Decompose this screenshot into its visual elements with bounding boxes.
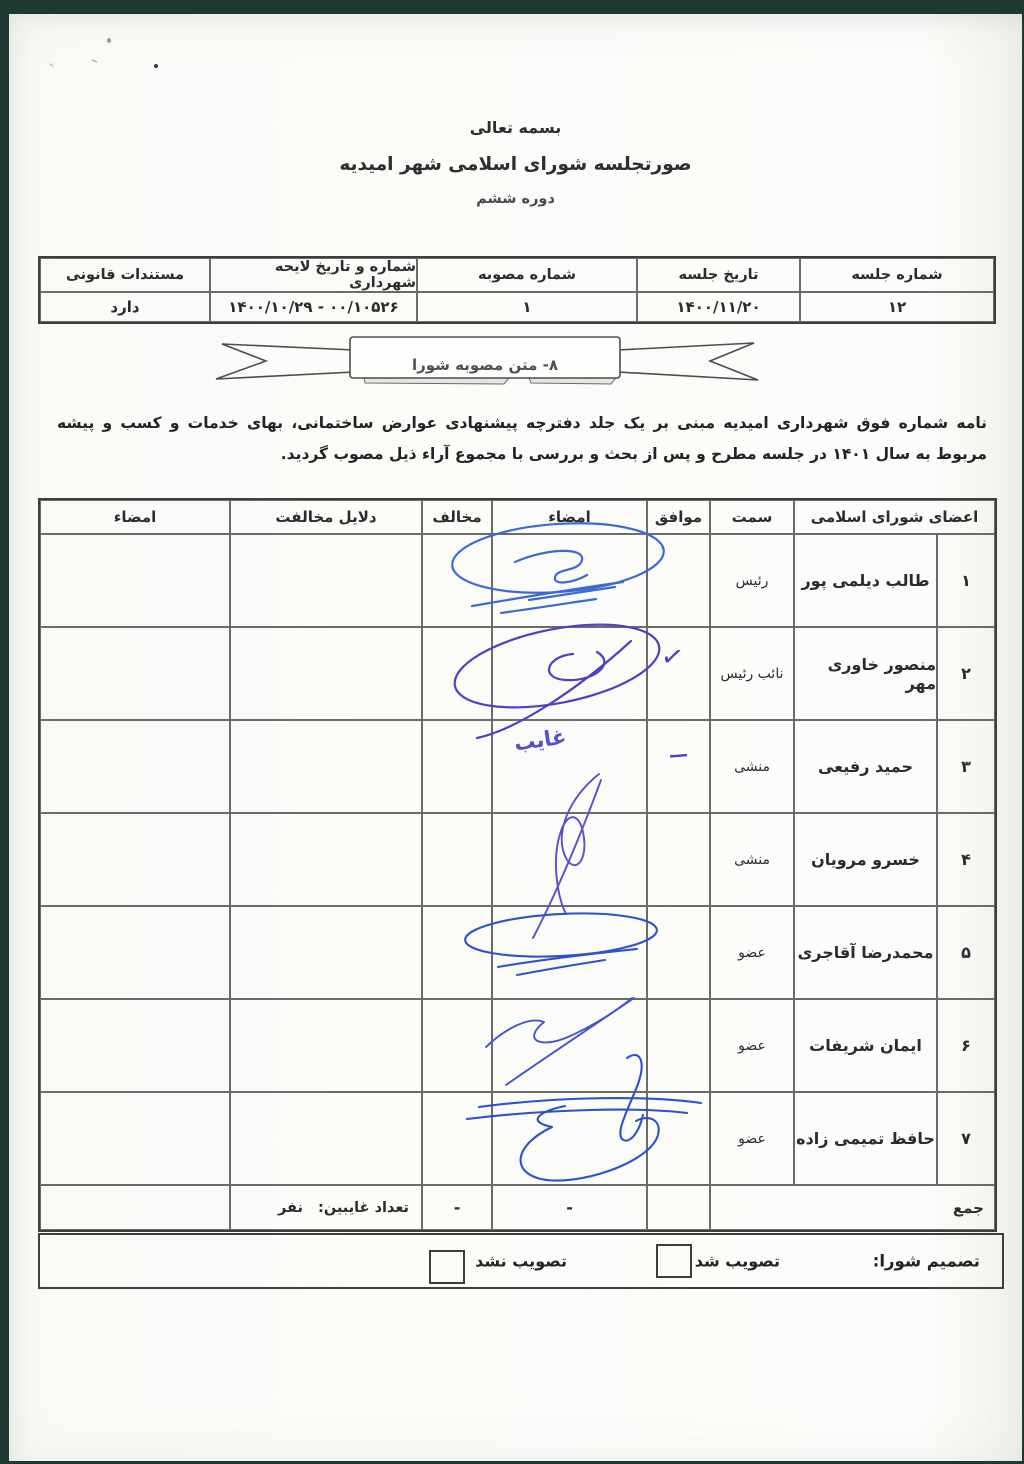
- members-vote-table: اعضای شورای اسلامی سمت موافق امضاء مخالف…: [38, 498, 997, 1232]
- signature-left-cell: [40, 720, 230, 813]
- disagree-cell: [422, 1092, 492, 1185]
- member-position: رئیس: [710, 534, 794, 627]
- disagree-cell: [422, 627, 492, 720]
- signature-left-cell: [40, 1092, 230, 1185]
- disagree-cell: [422, 534, 492, 627]
- header-session-number: شماره جلسه: [800, 258, 994, 292]
- member-position: عضو: [710, 999, 794, 1092]
- member-name: ایمان شریفات: [794, 999, 937, 1092]
- header-signature: امضاء: [492, 500, 647, 534]
- scan-speck: [49, 63, 54, 67]
- row-number: ۴: [937, 813, 995, 906]
- member-name: حافظ تمیمی زاده: [794, 1092, 937, 1185]
- total-signature-dash: -: [492, 1185, 647, 1230]
- signature-left-cell: [40, 534, 230, 627]
- row-number: ۵: [937, 906, 995, 999]
- header-agree: موافق: [647, 500, 710, 534]
- disagree-reasons-cell: [230, 1092, 422, 1185]
- member-name: محمدرضا آقاجری: [794, 906, 937, 999]
- agree-cell: [647, 999, 710, 1092]
- total-row-label: جمع: [710, 1185, 995, 1230]
- council-term: دوره ششم: [9, 191, 1022, 207]
- scan-speck: [107, 38, 111, 43]
- member-name: منصور خاوری مهر: [794, 627, 937, 720]
- member-name: طالب دیلمی پور: [794, 534, 937, 627]
- disagree-reasons-cell: [230, 906, 422, 999]
- agree-cell: [647, 906, 710, 999]
- member-position: نائب رئیس: [710, 627, 794, 720]
- header-disagree-reasons: دلایل مخالفت: [230, 500, 422, 534]
- agree-cell: —: [647, 720, 710, 813]
- signature-left-cell: [40, 813, 230, 906]
- row-number: ۳: [937, 720, 995, 813]
- value-bill-number-date: ۰۰/۱۰۵۲۶ - ۱۴۰۰/۱۰/۲۹: [210, 292, 417, 322]
- signature-cell: [492, 906, 647, 999]
- not-approved-label: تصویب نشد: [475, 1252, 567, 1271]
- member-name: حمید رفیعی: [794, 720, 937, 813]
- signature-cell: [492, 534, 647, 627]
- member-position: عضو: [710, 1092, 794, 1185]
- member-name: خسرو مرویان: [794, 813, 937, 906]
- header-members: اعضای شورای اسلامی: [794, 500, 995, 534]
- agree-cell: [647, 1092, 710, 1185]
- disagree-cell: [422, 813, 492, 906]
- disagree-cell: [422, 999, 492, 1092]
- agree-cell: [647, 534, 710, 627]
- session-info-table: شماره جلسه تاریخ جلسه شماره مصوبه شماره …: [38, 256, 996, 324]
- member-position: عضو: [710, 906, 794, 999]
- document-header: بسمه تعالی صورتجلسه شورای اسلامی شهر امی…: [9, 118, 1022, 207]
- banner-title: ۸- متن مصوبه شورا: [350, 344, 620, 386]
- signature-cell: [492, 999, 647, 1092]
- agree-dash: —: [668, 743, 689, 767]
- signature-left-cell: [40, 627, 230, 720]
- resolution-text: نامه شماره فوق شهرداری امیدیه مبنی بر یک…: [57, 408, 987, 470]
- header-legal-docs: مستندات قانونی: [40, 258, 210, 292]
- total-agree-cell: [647, 1185, 710, 1230]
- total-signature-left-cell: [40, 1185, 230, 1230]
- member-position: منشی: [710, 813, 794, 906]
- header-signature-left: امضاء: [40, 500, 230, 534]
- council-decision-box: تصمیم شورا: تصویب شد تصویب نشد: [38, 1233, 1004, 1289]
- member-position: منشی: [710, 720, 794, 813]
- value-resolution-number: ۱: [417, 292, 637, 322]
- value-legal-docs: دارد: [40, 292, 210, 322]
- scan-speck: [91, 59, 98, 64]
- disagree-cell: [422, 906, 492, 999]
- disagree-reasons-cell: [230, 999, 422, 1092]
- disagree-reasons-cell: [230, 813, 422, 906]
- header-position: سمت: [710, 500, 794, 534]
- disagree-reasons-cell: [230, 534, 422, 627]
- header-resolution-number: شماره مصوبه: [417, 258, 637, 292]
- header-disagree: مخالف: [422, 500, 492, 534]
- value-session-date: ۱۴۰۰/۱۱/۲۰: [637, 292, 800, 322]
- bismillah-line: بسمه تعالی: [9, 118, 1022, 137]
- scan-speck: [154, 64, 158, 68]
- signature-cell: [492, 627, 647, 720]
- not-approved-checkbox: [429, 1250, 465, 1284]
- disagree-cell: [422, 720, 492, 813]
- total-disagree-dash: -: [422, 1185, 492, 1230]
- scanned-document-page: بسمه تعالی صورتجلسه شورای اسلامی شهر امی…: [9, 14, 1022, 1461]
- signature-left-cell: [40, 999, 230, 1092]
- row-number: ۱: [937, 534, 995, 627]
- decision-label: تصمیم شورا:: [873, 1252, 980, 1271]
- signature-left-cell: [40, 906, 230, 999]
- disagree-reasons-cell: [230, 627, 422, 720]
- value-session-number: ۱۲: [800, 292, 994, 322]
- header-session-date: تاریخ جلسه: [637, 258, 800, 292]
- row-number: ۷: [937, 1092, 995, 1185]
- row-number: ۲: [937, 627, 995, 720]
- signature-cell: [492, 1092, 647, 1185]
- approved-label: تصویب شد: [695, 1252, 780, 1271]
- agree-checkmark: ✓: [659, 640, 687, 674]
- row-number: ۶: [937, 999, 995, 1092]
- header-bill-number-date: شماره و تاریخ لایحه شهرداری: [210, 258, 417, 292]
- absentees-count-label: تعداد غایبین: نفر: [230, 1185, 422, 1230]
- page-title: صورتجلسه شورای اسلامی شهر امیدیه: [9, 154, 1022, 175]
- disagree-reasons-cell: [230, 720, 422, 813]
- signature-cell: [492, 813, 647, 906]
- agree-cell: [647, 813, 710, 906]
- agree-cell: ✓: [647, 627, 710, 720]
- approved-checkbox: [656, 1244, 692, 1278]
